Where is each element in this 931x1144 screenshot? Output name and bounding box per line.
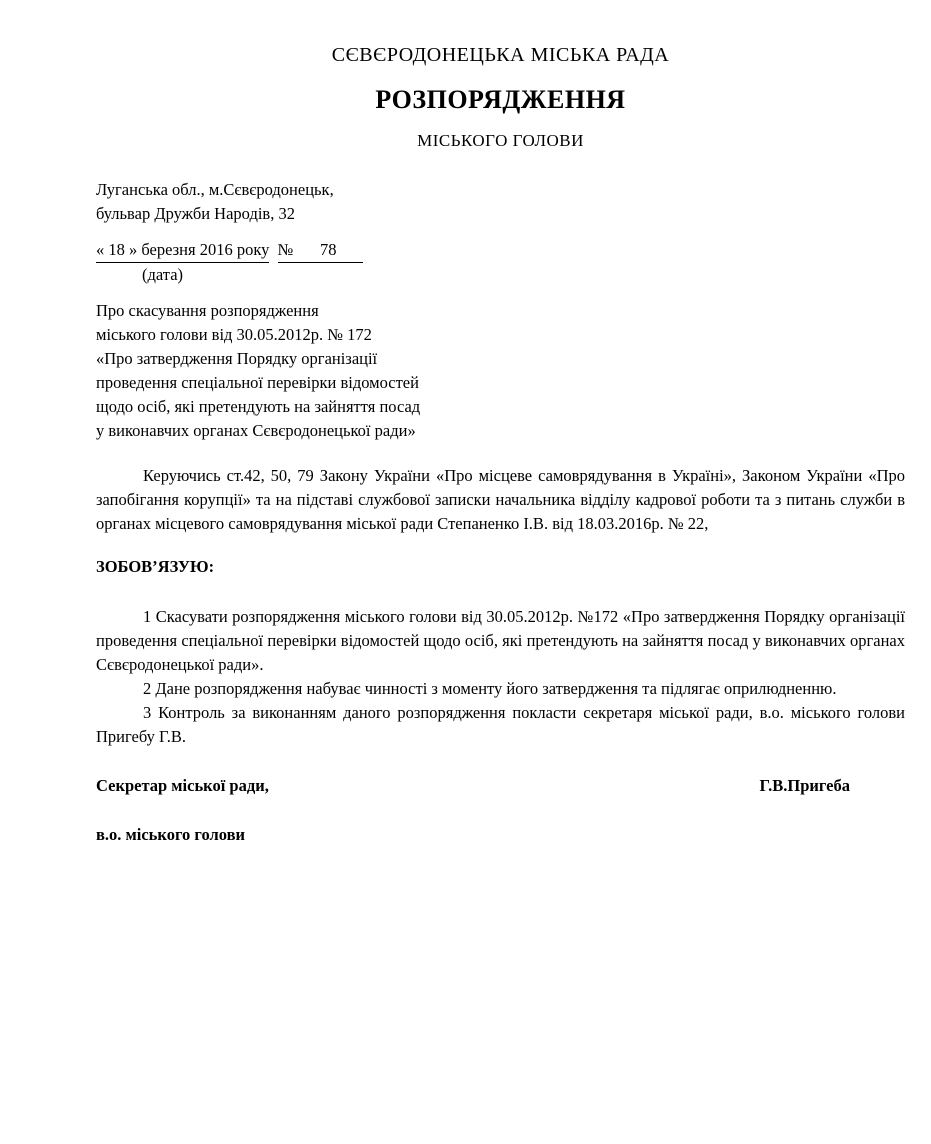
document-type-title: РОЗПОРЯДЖЕННЯ [96,85,905,115]
subject-line: проведення спеціальної перевірки відомос… [96,371,905,395]
date-value: « 18 » березня 2016 року [96,238,269,263]
number-field: №78 [278,238,364,263]
order-item-1: 1 Скасувати розпорядження міського голов… [96,605,905,677]
address-block: Луганська обл., м.Сєвєродонецьк, бульвар… [96,178,905,226]
address-line-1: Луганська обл., м.Сєвєродонецьк, [96,178,905,202]
subject-line: «Про затвердження Порядку організації [96,347,905,371]
subject-line: щодо осіб, які претендують на зайняття п… [96,395,905,419]
order-item-3: 3 Контроль за виконанням даного розпоряд… [96,701,905,749]
subject-line: міського голови від 30.05.2012р. № 172 [96,323,905,347]
organization-name: СЄВЄРОДОНЕЦЬКА МІСЬКА РАДА [96,44,905,67]
subject-block: Про скасування розпорядження міського го… [96,299,905,443]
number-sign: № [278,240,294,259]
date-number-line: « 18 » березня 2016 року №78 [96,238,905,263]
preamble-paragraph: Керуючись ст.42, 50, 79 Закону України «… [96,464,905,536]
signature-row: Секретар міської ради, Г.В.Пригеба [96,774,905,798]
document-number: 78 [293,238,363,262]
order-items: 1 Скасувати розпорядження міського голов… [96,605,905,749]
document-subtitle: МІСЬКОГО ГОЛОВИ [96,131,905,151]
address-line-2: бульвар Дружби Народів, 32 [96,202,905,226]
signer-name: Г.В.Пригеба [759,774,850,798]
signer-title-line1: Секретар міської ради, [96,774,269,798]
resolution-heading: ЗОБОВ’ЯЗУЮ: [96,555,905,579]
signer-title-line2: в.о. міського голови [96,823,905,847]
order-item-2: 2 Дане розпорядження набуває чинності з … [96,677,905,701]
subject-line: у виконавчих органах Сєвєродонецької рад… [96,419,905,443]
date-caption: (дата) [96,263,905,287]
document-page: СЄВЄРОДОНЕЦЬКА МІСЬКА РАДА РОЗПОРЯДЖЕННЯ… [0,0,931,1144]
subject-line: Про скасування розпорядження [96,299,905,323]
